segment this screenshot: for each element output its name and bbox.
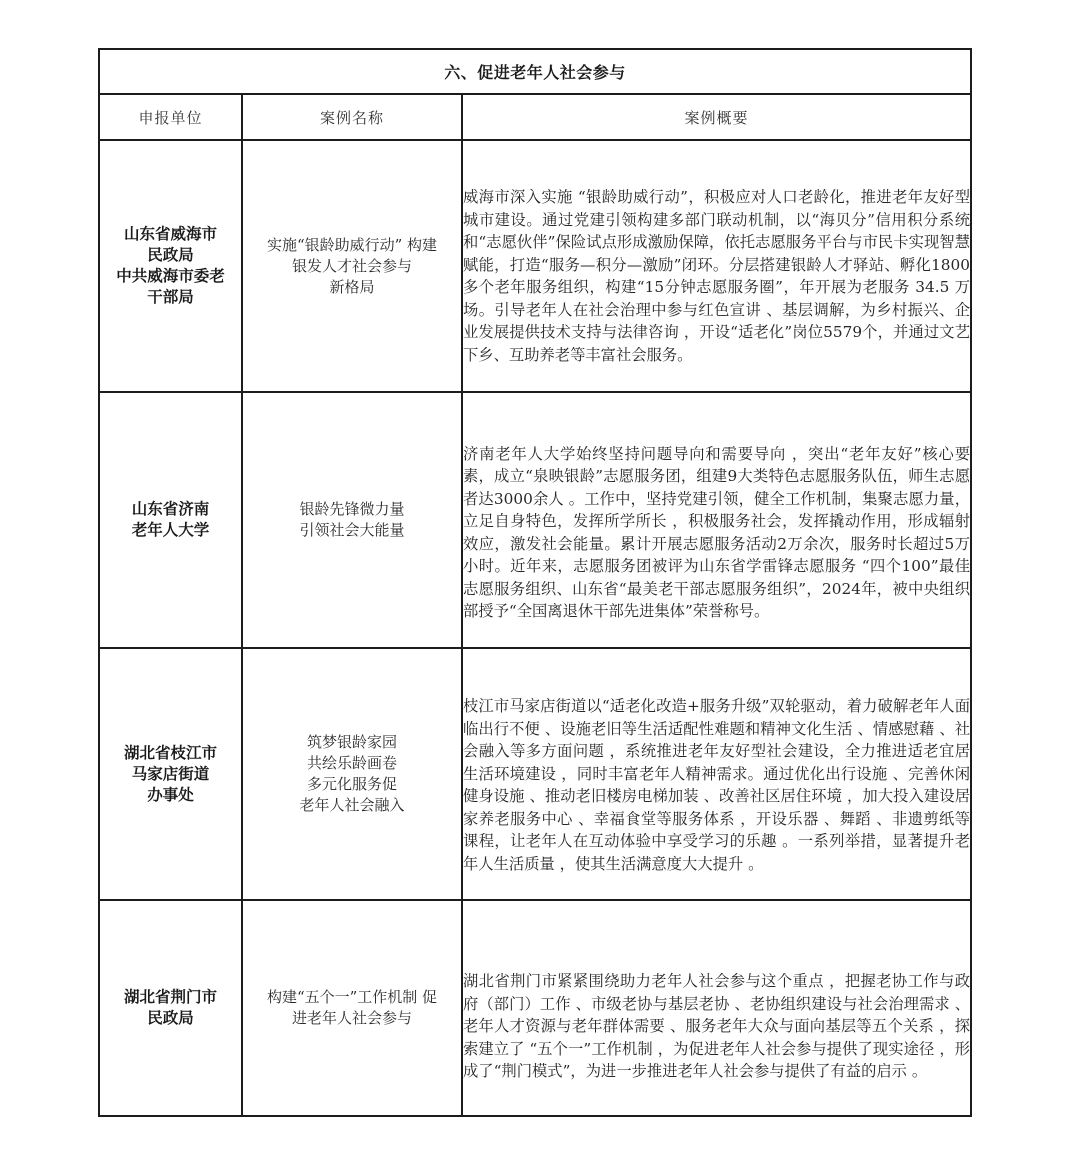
column-header-unit: 申报单位: [99, 94, 242, 140]
table-row: 山东省济南 老年人大学 银龄先锋微力量 引领社会大能量 济南老年人大学始终坚持问…: [99, 392, 971, 648]
case-table: 六、促进老年人社会参与 申报单位 案例名称 案例概要 山东省威海市 民政局 中共…: [98, 48, 972, 1117]
case-summary: 济南老年人大学始终坚持问题导向和需要导向 ，突出“老年友好”核心要素，成立“泉映…: [462, 392, 971, 648]
reporting-unit: 湖北省荆门市 民政局: [99, 900, 242, 1116]
column-header-row: 申报单位 案例名称 案例概要: [99, 94, 971, 140]
case-name: 实施“银龄助威行动” 构建 银发人才社会参与 新格局: [242, 140, 462, 392]
section-title-row: 六、促进老年人社会参与: [99, 49, 971, 94]
case-summary: 枝江市马家店街道以“适老化改造+服务升级”双轮驱动，着力破解老年人面临出行不便 …: [462, 648, 971, 900]
reporting-unit: 山东省威海市 民政局 中共威海市委老 干部局: [99, 140, 242, 392]
case-summary: 湖北省荆门市紧紧围绕助力老年人社会参与这个重点 ，把握老协工作与政府（部门）工作…: [462, 900, 971, 1116]
table-row: 湖北省荆门市 民政局 构建“五个一”工作机制 促 进老年人社会参与 湖北省荆门市…: [99, 900, 971, 1116]
section-title: 六、促进老年人社会参与: [99, 49, 971, 94]
case-name: 筑梦银龄家园 共绘乐龄画卷 多元化服务促 老年人社会融入: [242, 648, 462, 900]
case-summary: 威海市深入实施 “银龄助威行动”，积极应对人口老龄化，推进老年友好型城市建设。通…: [462, 140, 971, 392]
table-row: 山东省威海市 民政局 中共威海市委老 干部局 实施“银龄助威行动” 构建 银发人…: [99, 140, 971, 392]
table-row: 湖北省枝江市 马家店街道 办事处 筑梦银龄家园 共绘乐龄画卷 多元化服务促 老年…: [99, 648, 971, 900]
column-header-summary: 案例概要: [462, 94, 971, 140]
column-header-case-name: 案例名称: [242, 94, 462, 140]
reporting-unit: 山东省济南 老年人大学: [99, 392, 242, 648]
case-name: 构建“五个一”工作机制 促 进老年人社会参与: [242, 900, 462, 1116]
case-name: 银龄先锋微力量 引领社会大能量: [242, 392, 462, 648]
reporting-unit: 湖北省枝江市 马家店街道 办事处: [99, 648, 242, 900]
